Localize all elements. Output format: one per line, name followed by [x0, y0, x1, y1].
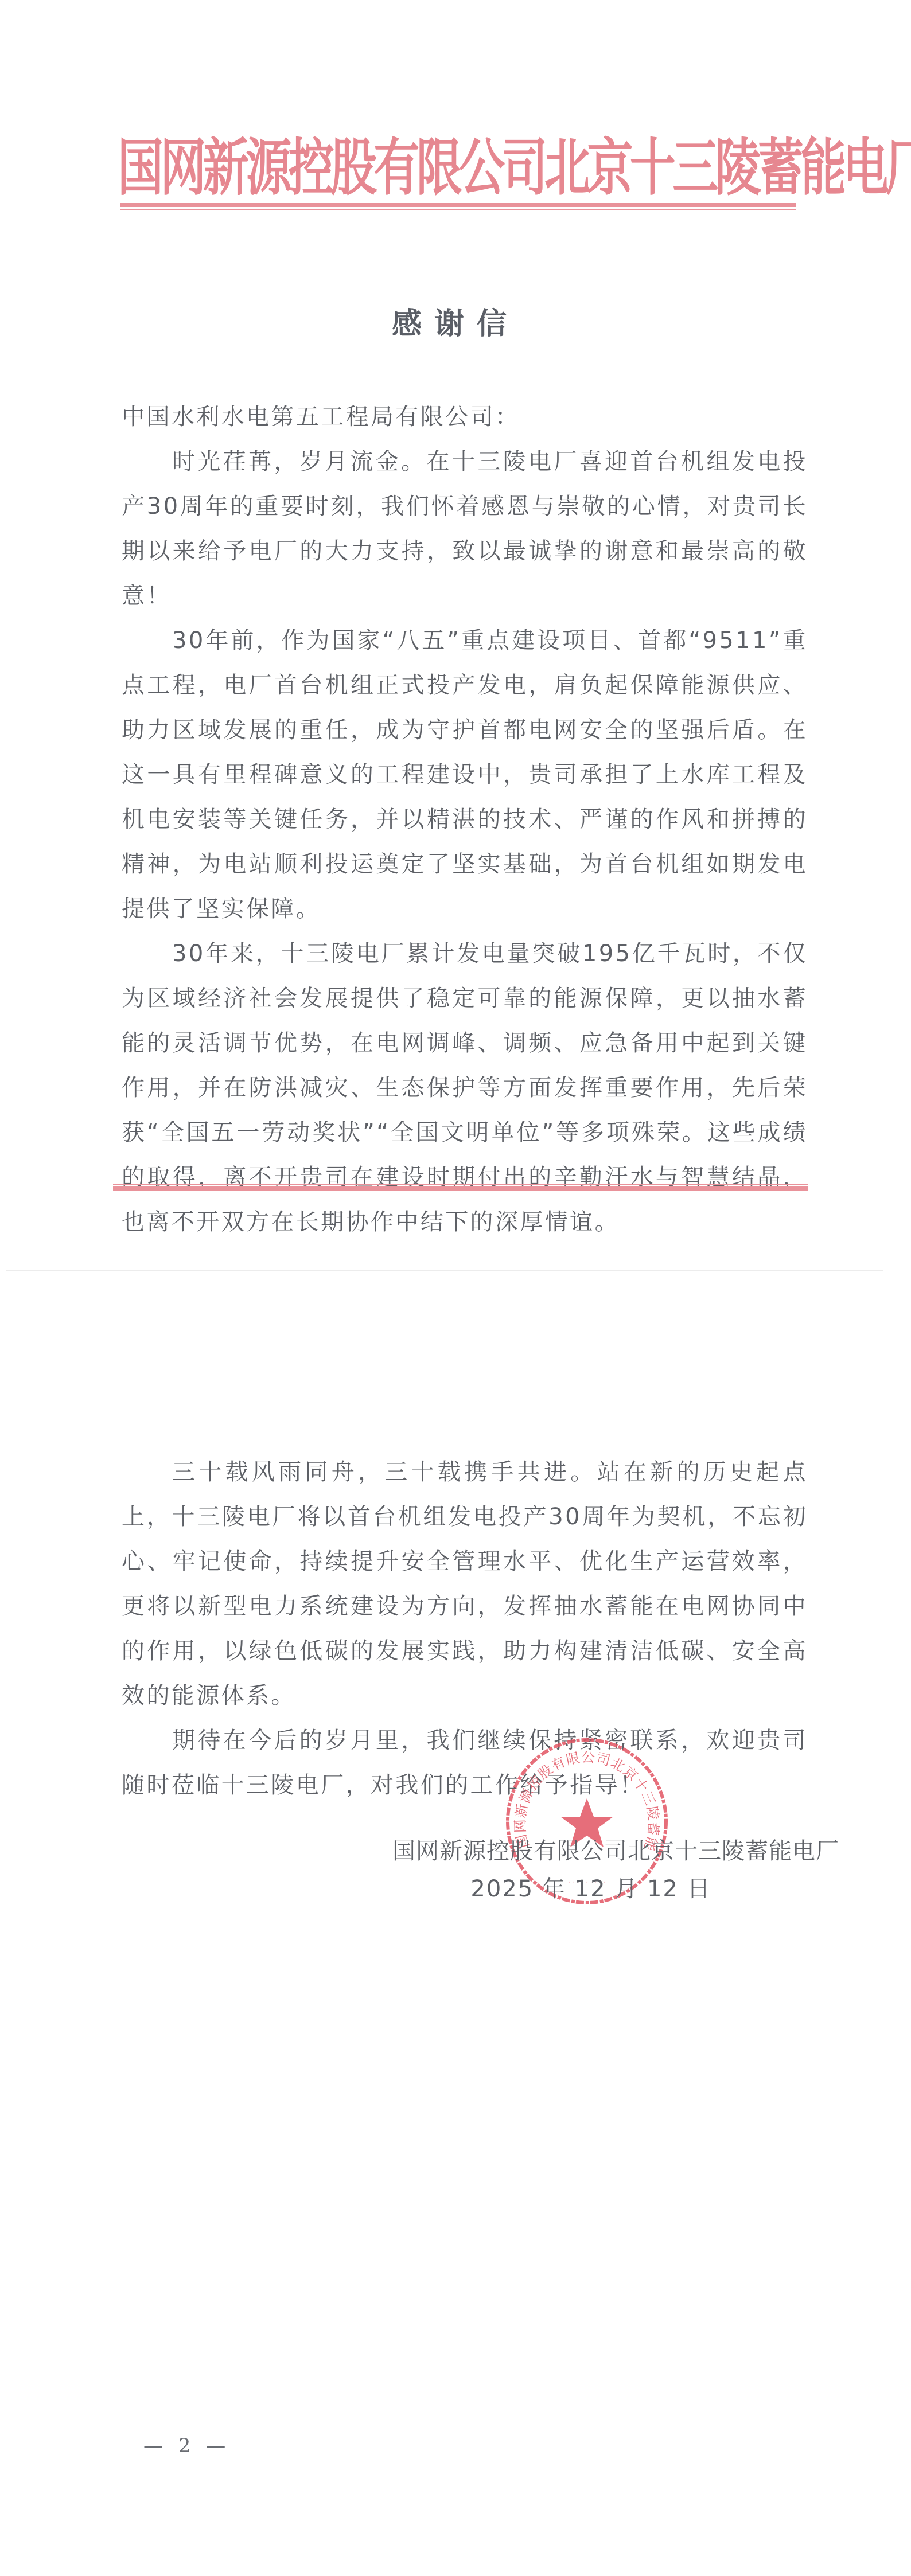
letterhead-glyph: 电	[843, 118, 886, 207]
letterhead-glyph: 网	[160, 118, 203, 207]
letterhead-glyph: 陵	[715, 118, 758, 207]
footer-rule-thin	[113, 1184, 808, 1185]
letterhead-glyph: 限	[416, 118, 459, 207]
letterhead-glyph: 京	[587, 118, 629, 207]
page2-body: 三十载风雨同舟，三十载携手共进。站在新的历史起点上，十三陵电厂将以首台机组发电投…	[122, 1450, 808, 1808]
letterhead-glyph: 源	[246, 118, 288, 207]
letterhead-glyph: 三	[672, 118, 715, 207]
signature-date: 2025 年 12 月 12 日	[453, 1871, 729, 1903]
document-title: 感谢信	[0, 299, 911, 342]
letterhead-glyph: 新	[203, 118, 246, 207]
salutation: 中国水利水电第五工程局有限公司：	[122, 395, 808, 439]
letterhead-glyph: 有	[373, 118, 416, 207]
footer-rule-thick	[113, 1186, 808, 1191]
page1-body: 时光荏苒，岁月流金。在十三陵电厂喜迎首台机组发电投产30周年的重要时刻，我们怀着…	[122, 439, 808, 1244]
paragraph: 30年前，作为国家“八五”重点建设项目、首都“9511”重点工程，电厂首台机组正…	[122, 618, 808, 931]
letterhead-glyph: 司	[502, 118, 544, 207]
letterhead-rule-thin	[120, 209, 796, 210]
letterhead-glyph: 控	[289, 118, 331, 207]
page-number: — 2 —	[143, 2434, 230, 2457]
letterhead-glyph: 十	[630, 118, 672, 207]
letterhead-organization: 国网新源控股有限公司北京十三陵蓄能电厂	[118, 125, 750, 200]
paragraph: 期待在今后的岁月里，我们继续保持紧密联系，欢迎贵司随时莅临十三陵电厂，对我们的工…	[122, 1718, 808, 1808]
paragraph: 30年来，十三陵电厂累计发电量突破195亿千瓦时，不仅为区域经济社会发展提供了稳…	[122, 931, 808, 1244]
letterhead-glyph: 厂	[886, 118, 911, 207]
paragraph: 时光荏苒，岁月流金。在十三陵电厂喜迎首台机组发电投产30周年的重要时刻，我们怀着…	[122, 439, 808, 618]
letterhead-glyph: 北	[544, 118, 587, 207]
letterhead-glyph: 国	[118, 118, 160, 207]
signature-organization: 国网新源控股有限公司北京十三陵蓄能电厂	[392, 1833, 805, 1865]
letterhead-glyph: 股	[331, 118, 373, 207]
paragraph: 三十载风雨同舟，三十载携手共进。站在新的历史起点上，十三陵电厂将以首台机组发电投…	[122, 1450, 808, 1718]
page-break-divider	[6, 1270, 883, 1271]
letterhead-glyph: 公	[459, 118, 501, 207]
letterhead-glyph: 蓄	[758, 118, 800, 207]
letterhead-glyph: 能	[800, 118, 843, 207]
letterhead-rule-thick	[120, 203, 796, 207]
